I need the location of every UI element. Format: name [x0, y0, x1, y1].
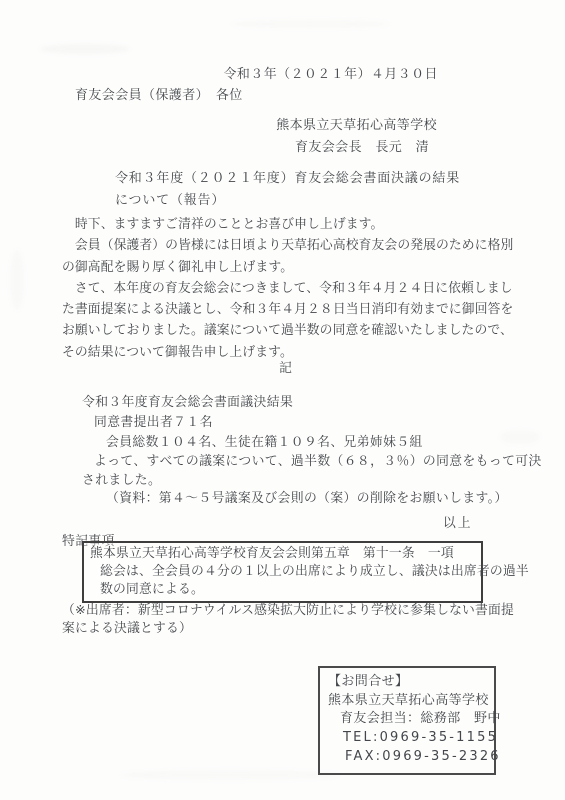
- contact-school-name: 熊本県立天草拓心高等学校: [328, 692, 490, 711]
- result-material-note: （資料：第４～５号議案及び会則の（案）の削除をお願いします。）: [106, 487, 508, 506]
- letter-date: 令和３年（２０２１年）４月３０日: [224, 63, 438, 82]
- body-line: さて、本年度の育友会総会につきまして、令和３年４月２４日に依頼しまし: [62, 278, 514, 299]
- bylaw-line: 熊本県立天草拓心高等学校育友会会則第五章 第十一条 一項: [90, 545, 476, 563]
- subject-line-1: 令和３年度（２０２１年度）育友会総会書面決議の結果: [115, 167, 460, 186]
- closing-ijou: 以上: [443, 512, 473, 531]
- attendee-note-line: （※出席者：新型コロナウイルス感染拡大防止により学校に参集しない書面提: [62, 599, 514, 618]
- attendee-note-line: 案による決議とする）: [62, 617, 192, 636]
- body-line: 時下、ますますご清祥のこととお喜び申し上げます。: [62, 214, 514, 235]
- sender-school-name: 熊本県立天草拓心高等学校: [276, 114, 437, 133]
- contact-tel: TEL:0969-35-1155: [328, 729, 490, 748]
- body-line: の御高配を賜り厚く御礼申し上げます。: [62, 257, 514, 278]
- body-line: 会員（保護者）の皆様には日頃より天草拓心高校育友会の発展のために格別: [62, 235, 514, 256]
- result-membership-counts: 会員総数１０４名、生徒在籍１０９名、兄弟姉妹５組: [106, 431, 423, 450]
- scanned-letter-page: 令和３年（２０２１年）４月３０日 育友会会員（保護者） 各位 熊本県立天草拓心高…: [0, 0, 565, 800]
- body-line: お願いしておりました。議案について過半数の同意を確認いたしましたので、: [62, 320, 514, 341]
- bylaw-line: 数の同意による。: [90, 581, 476, 599]
- scan-smudge: [120, 770, 340, 780]
- scan-smudge: [40, 44, 130, 54]
- contact-info-box: 【お問合せ】 熊本県立天草拓心高等学校 育友会担当：総務部 野中 TEL:096…: [318, 666, 496, 775]
- subject-line-2: について（報告）: [115, 189, 225, 208]
- result-approval-line-cont: されました。: [82, 469, 161, 488]
- contact-heading: 【お問合せ】: [328, 673, 490, 692]
- bylaw-line: 総会は、全会員の４分の１以上の出席により成立し、議決は出席者の過半: [90, 563, 476, 581]
- result-title: 令和３年度育友会総会書面議決結果: [82, 391, 293, 410]
- contact-fax: FAX:0969-35-2326: [328, 748, 490, 767]
- scan-smudge: [500, 430, 540, 444]
- sender-president-name: 育友会会長 長元 清: [295, 136, 429, 155]
- result-approval-line: よって、すべての議案について、過半数（６８，３％）の同意をもって可決: [94, 450, 542, 469]
- letter-body: 時下、ますますご清祥のこととお喜び申し上げます。 会員（保護者）の皆様には日頃よ…: [62, 214, 514, 363]
- ki-marker: 記: [62, 357, 510, 376]
- result-submitters: 同意書提出者７１名: [94, 411, 213, 430]
- scan-smudge: [10, 250, 24, 310]
- body-line: た書面提案による決議とし、令和３年４月２８日当日消印有効までに御回答を: [62, 299, 514, 320]
- scan-smudge: [230, 20, 390, 28]
- recipient-line: 育友会会員（保護者） 各位: [75, 84, 243, 103]
- contact-staff: 育友会担当：総務部 野中: [328, 710, 490, 729]
- bylaw-quote-box: 熊本県立天草拓心高等学校育友会会則第五章 第十一条 一項 総会は、全会員の４分の…: [82, 541, 483, 603]
